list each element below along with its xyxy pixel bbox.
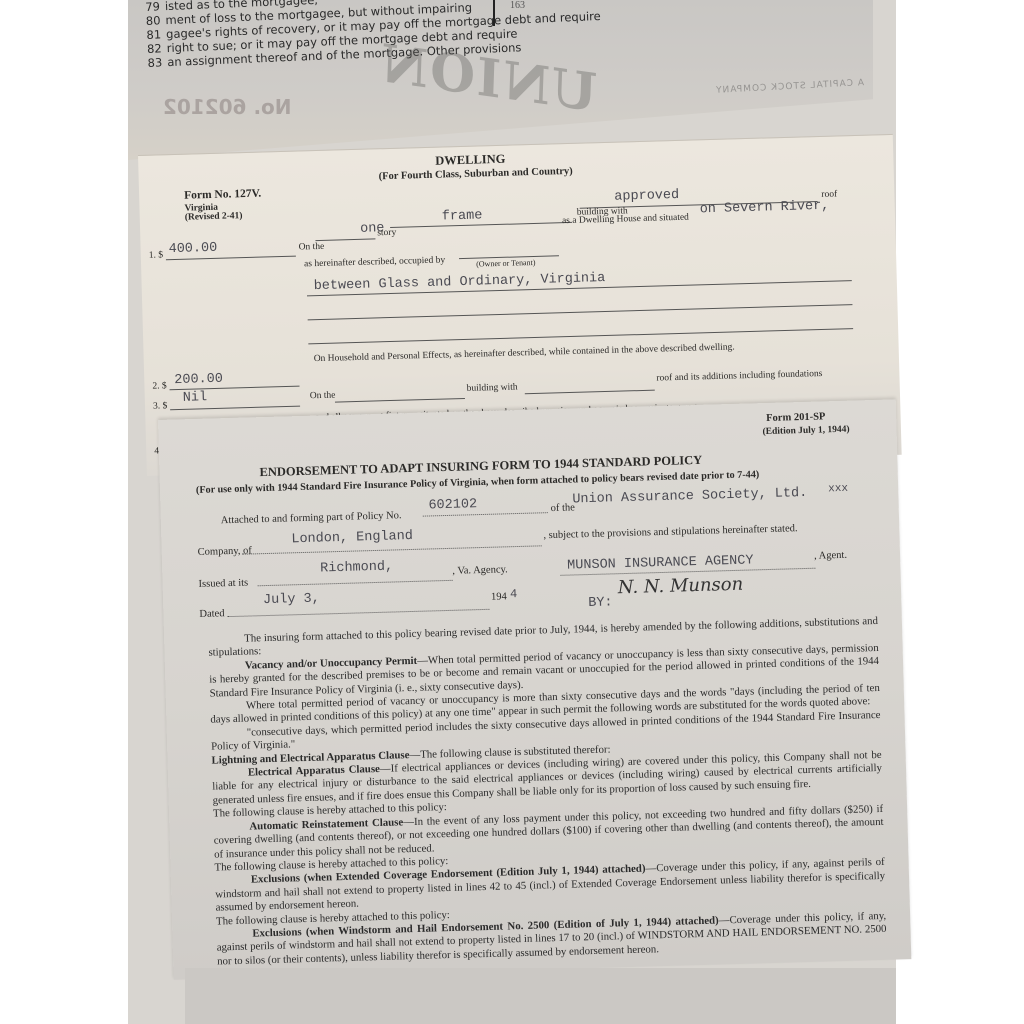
construction-value[interactable]: frame (442, 208, 483, 224)
item3-amount[interactable]: Nil (183, 390, 208, 406)
company-location[interactable]: London, England (291, 529, 413, 547)
endorsement-edition: (Edition July 1, 1944) (762, 425, 849, 437)
company-of-label: Company, of (198, 545, 252, 558)
roof-type-value[interactable]: approved (614, 188, 679, 205)
item2-amount[interactable]: 200.00 (174, 372, 223, 388)
insurer-name[interactable]: Union Assurance Society, Ltd. (572, 486, 807, 508)
form-revised: (Revised 2-41) (185, 211, 243, 223)
agency-city[interactable]: Richmond, (320, 559, 393, 576)
policy-number[interactable]: 602102 (428, 497, 477, 513)
policy-no-label: Attached to and forming part of Policy N… (221, 510, 402, 526)
year-digit[interactable]: 4 (510, 587, 518, 601)
agent-signature: N. N. Munson (618, 574, 744, 598)
year-prefix: 194 (491, 591, 507, 602)
owner-tenant-label: (Owner or Tenant) (476, 258, 536, 269)
item3-label: 3. $ (153, 401, 168, 411)
margin-rule (493, 0, 495, 26)
form-number: Form No. 127V. (184, 188, 261, 202)
endorsement-form: Form 201-SP (Edition July 1, 1944) ENDOR… (158, 399, 911, 979)
by-label: BY: (588, 595, 613, 611)
dated-label: Dated (199, 608, 224, 620)
va-agency-label: , Va. Agency. (452, 564, 508, 577)
dwelling-house-label: as a Dwelling House and situated (562, 213, 689, 227)
subject-text: , subject to the provisions and stipulat… (543, 523, 797, 541)
show-through-policy-no: No. 602102 (163, 95, 292, 119)
margin-number: 163 (510, 0, 525, 11)
insurer-strike: xxx (828, 483, 848, 496)
date-value[interactable]: July 3, (263, 592, 320, 609)
occupied-by-label: as hereinafter described, occupied by (304, 255, 445, 269)
item1-label: 1. $ (149, 250, 164, 260)
issued-at-label: Issued at its (198, 578, 248, 590)
endorsement-body: The insuring form attached to this polic… (208, 615, 887, 969)
agent-label: , Agent. (814, 550, 847, 562)
dwelling-subtitle: (For Fourth Class, Suburban and Country) (379, 166, 573, 182)
of-the-label: of the (550, 502, 575, 514)
dwelling-title: DWELLING (435, 152, 506, 169)
on-the-label: On the (299, 242, 325, 253)
next-page-edge (185, 968, 896, 1024)
item3-building-with: building with (467, 382, 518, 393)
item1-amount[interactable]: 400.00 (168, 241, 217, 257)
endorsement-form-number: Form 201-SP (766, 411, 825, 424)
item3-roof-text: roof and its additions including foundat… (656, 369, 822, 384)
story-label: story (377, 228, 396, 239)
location-line1[interactable]: on Severn River, (700, 199, 830, 218)
item3-on-the: On the (310, 391, 336, 402)
item2-label: 2. $ (152, 381, 167, 391)
item2-text: On Household and Personal Effects, as he… (314, 342, 735, 364)
